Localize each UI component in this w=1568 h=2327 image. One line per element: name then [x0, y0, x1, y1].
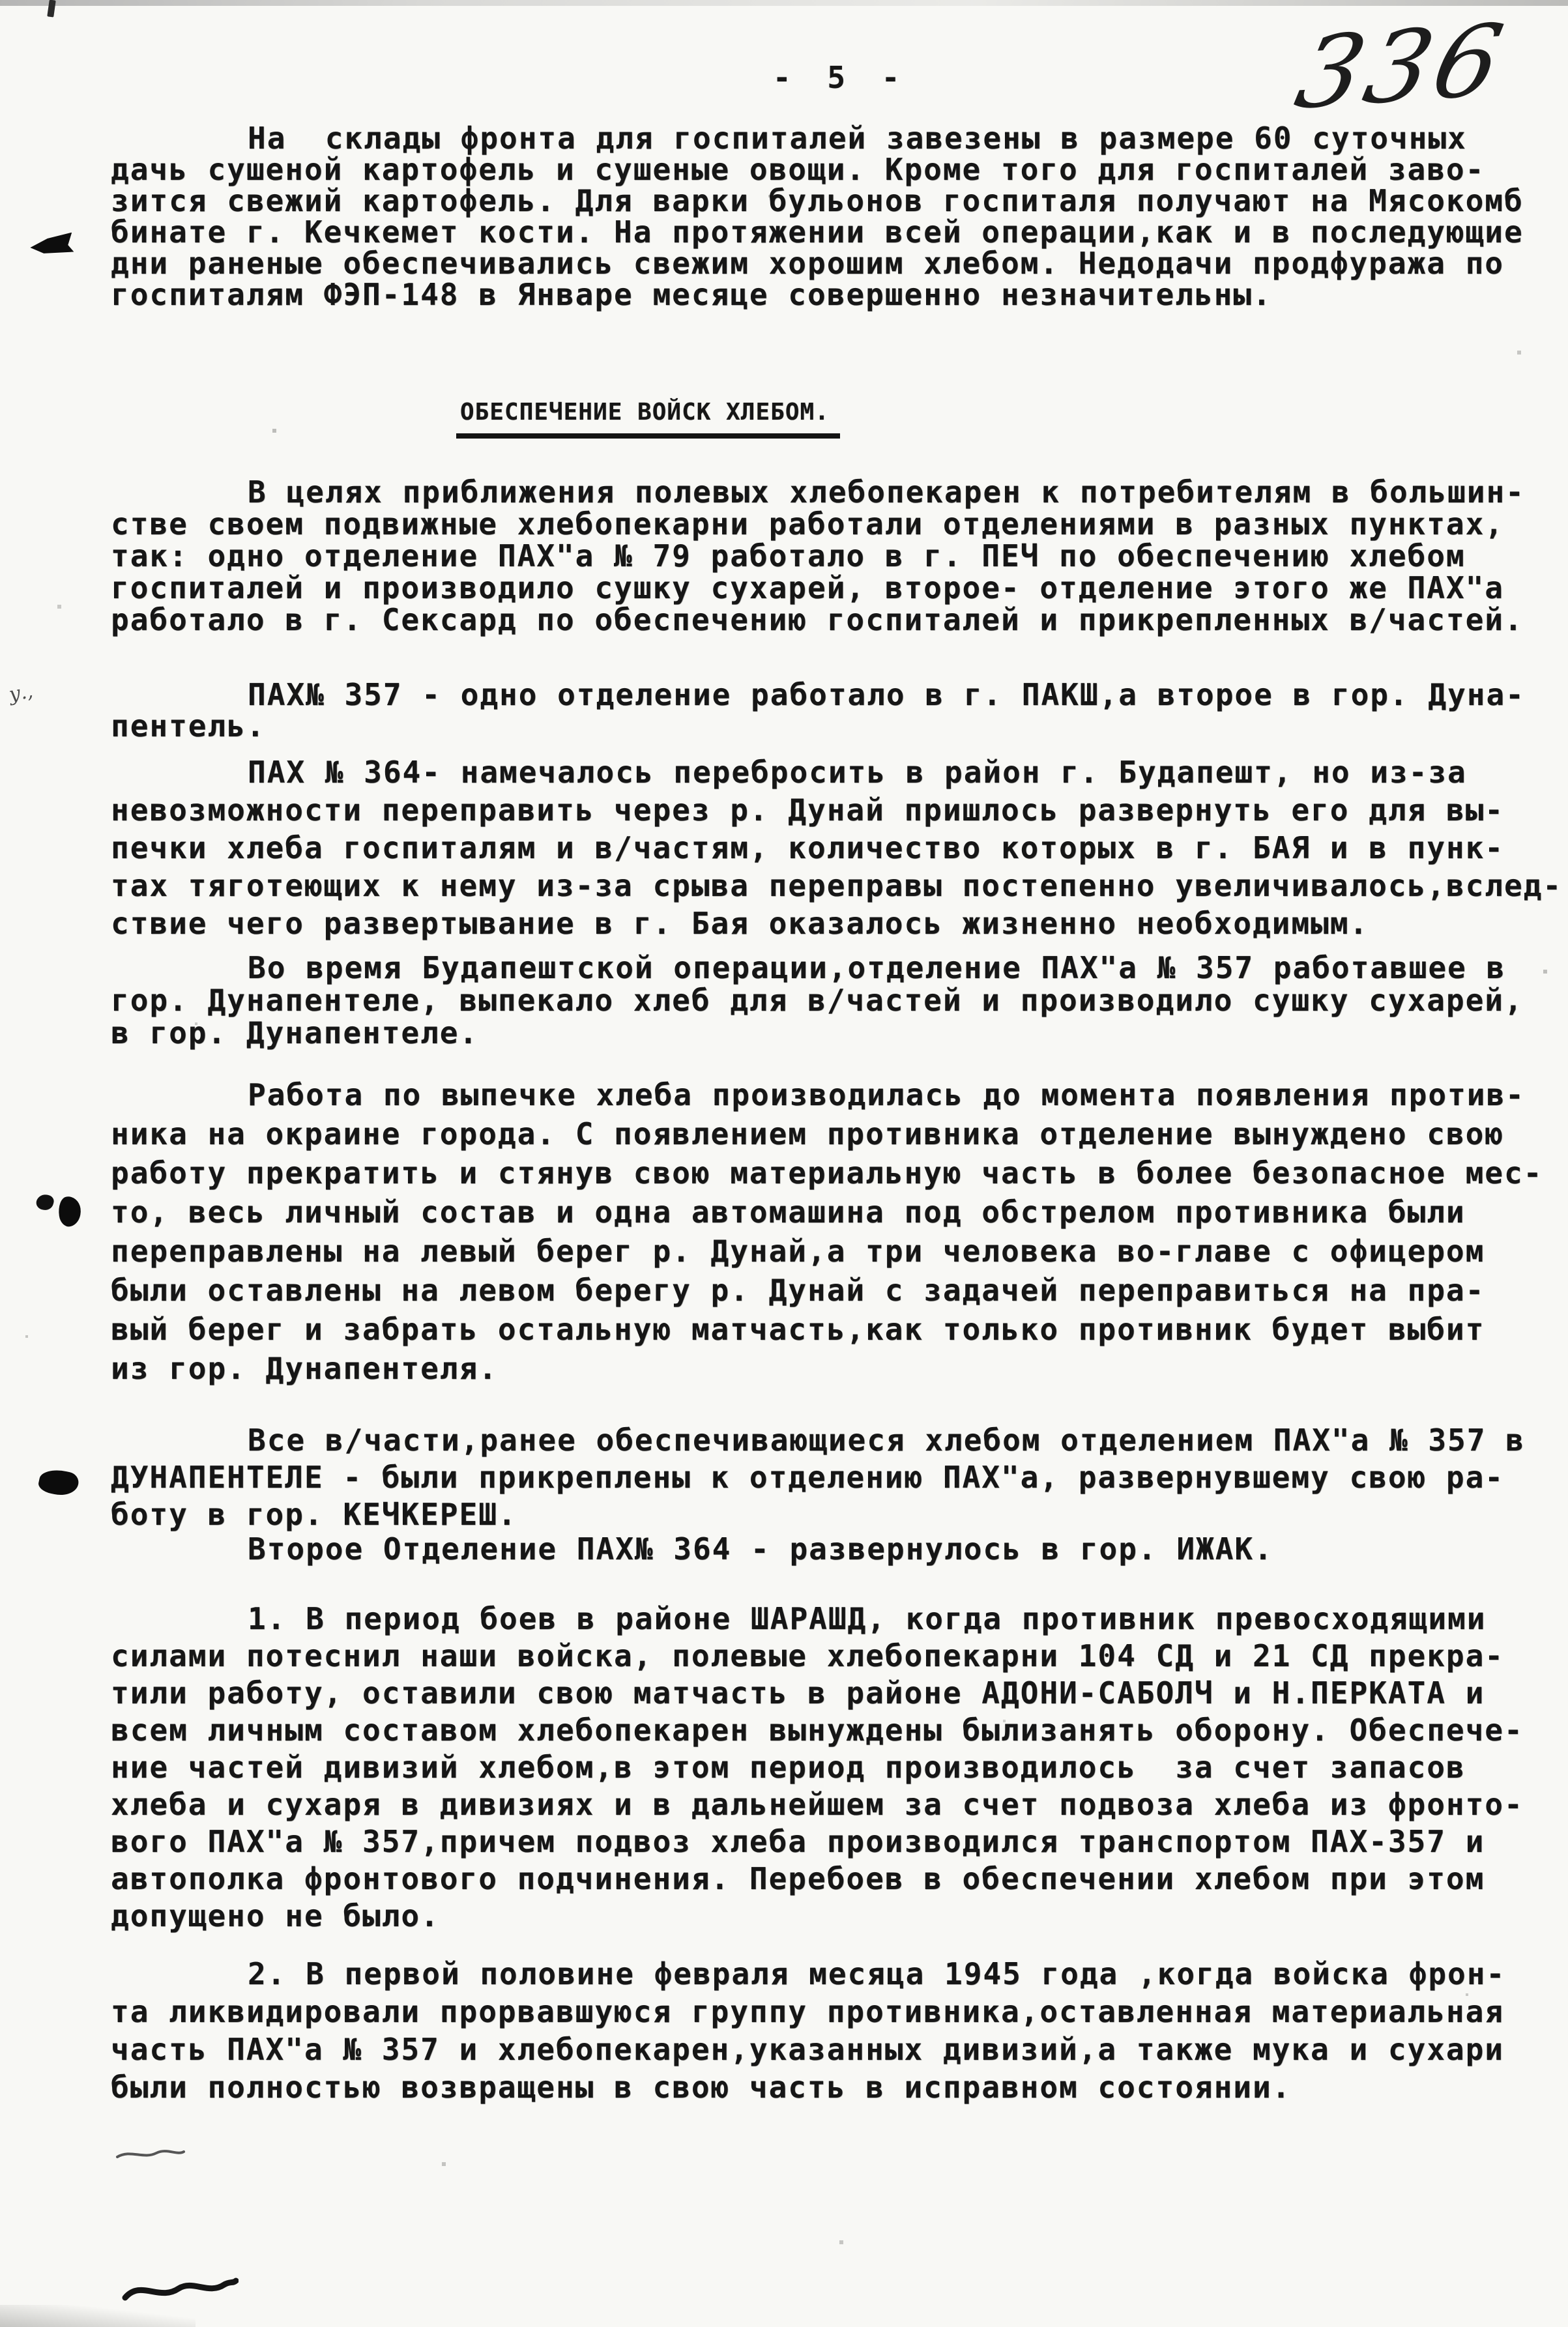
- paragraph-line: вого ПАХ"а № 357,причем подвоз хлеба про…: [111, 1823, 1568, 1860]
- paragraph-line: работу прекратить и стянув свою материал…: [111, 1153, 1568, 1192]
- handwritten-arrow-mark: [29, 233, 74, 257]
- paragraph-line: бинате г. Кечкемет кости. На протяжении …: [111, 216, 1568, 248]
- paragraph-line: ника на окраине города. С появлением про…: [111, 1114, 1568, 1153]
- paragraph-p8: Второе Отделение ПАХ№ 364 - развернулось…: [111, 1533, 1568, 1565]
- paragraph-line: силами потеснил наши войска, полевые хле…: [111, 1638, 1568, 1675]
- paragraph-line: боту в гор. КЕЧКЕРЕШ.: [111, 1496, 1568, 1533]
- paragraph-line: были оставлены на левом берегу р. Дунай …: [111, 1271, 1568, 1310]
- paragraph-p2: В целях приближения полевых хлебопекарен…: [111, 476, 1568, 636]
- ink-blot: [57, 1195, 83, 1228]
- scan-bottom-corner-shadow: [0, 2305, 196, 2327]
- paragraph-line: часть ПАХ"а № 357 и хлебопекарен,указанн…: [111, 2031, 1568, 2068]
- paragraph-line: зится свежий картофель. Для варки бульон…: [111, 185, 1568, 216]
- paragraph-p7: Все в/части,ранее обеспечивающиеся хлебо…: [111, 1422, 1568, 1533]
- paragraph-p4: ПАХ № 364- намечалось перебросить в райо…: [111, 753, 1568, 942]
- paragraph-line: были полностью возвращены в свою часть в…: [111, 2068, 1568, 2106]
- paragraph-line: всем личным составом хлебопекарен вынужд…: [111, 1712, 1568, 1749]
- paragraph-line: допущено не было.: [111, 1898, 1568, 1935]
- section-heading: ОБЕСПЕЧЕНИЕ ВОЙСК ХЛЕБОМ.: [456, 399, 840, 439]
- paragraph-p5: Во время Будапештской операции,отделение…: [111, 951, 1568, 1049]
- ink-blot: [37, 1466, 81, 1499]
- scan-noise-speckles: [0, 0, 1, 1]
- paragraph-line: 2. В первой половине февраля месяца 1945…: [111, 1955, 1568, 1993]
- paragraph-p3: ПАХ№ 357 - одно отделение работало в г. …: [111, 679, 1568, 742]
- paragraph-line: дни раненые обеспечивались свежим хороши…: [111, 248, 1568, 279]
- handwritten-underline-mark: [115, 2145, 186, 2165]
- paragraph-line: печки хлеба госпиталям и в/частям, колич…: [111, 829, 1568, 867]
- paragraph-line: из гор. Дунапентеля.: [111, 1349, 1568, 1388]
- paragraph-p10: 2. В первой половине февраля месяца 1945…: [111, 1955, 1568, 2106]
- paragraph-line: ПАХ № 364- намечалось перебросить в райо…: [111, 753, 1568, 791]
- paragraph-line: 1. В период боев в районе ШАРАШД, когда …: [111, 1600, 1568, 1638]
- page-number: - 5 -: [773, 60, 908, 95]
- paragraph-p9: 1. В период боев в районе ШАРАШД, когда …: [111, 1600, 1568, 1935]
- paragraph-line: хлеба и сухаря в дивизиях и в дальнейшем…: [111, 1786, 1568, 1823]
- handwritten-page-number: 336: [1286, 2, 1516, 131]
- paragraph-line: гор. Дунапентеле, выпекало хлеб для в/ча…: [111, 984, 1568, 1017]
- paragraph-line: переправлены на левый берег р. Дунай,а т…: [111, 1232, 1568, 1271]
- ink-blot: [35, 1192, 55, 1212]
- paragraph-line: вый берег и забрать остальную матчасть,к…: [111, 1310, 1568, 1349]
- paragraph-p6: Работа по выпечке хлеба производилась до…: [111, 1075, 1568, 1388]
- paragraph-line: ДУНАПЕНТЕЛЕ - были прикреплены к отделен…: [111, 1459, 1568, 1496]
- paragraph-line: так: одно отделение ПАХ"а № 79 работало …: [111, 540, 1568, 572]
- paragraph-line: дачь сушеной картофель и сушеные овощи. …: [111, 154, 1568, 185]
- paragraph-line: работало в г. Сексард по обеспечению гос…: [111, 604, 1568, 636]
- paragraph-line: ние частей дивизий хлебом,в этом период …: [111, 1749, 1568, 1786]
- paragraph-line: ПАХ№ 357 - одно отделение работало в г. …: [111, 679, 1568, 710]
- paragraph-line: то, весь личный состав и одна автомашина…: [111, 1192, 1568, 1232]
- paragraph-line: госпиталей и производило сушку сухарей, …: [111, 572, 1568, 604]
- scanned-document-page: - 5 - 336 ОБЕСПЕЧЕНИЕ ВОЙСК ХЛЕБОМ. На с…: [0, 0, 1568, 2327]
- paragraph-line: стве своем подвижные хлебопекарни работа…: [111, 508, 1568, 540]
- paragraph-line: Второе Отделение ПАХ№ 364 - развернулось…: [111, 1533, 1568, 1565]
- paragraph-line: та ликвидировали прорвавшуюся группу про…: [111, 1993, 1568, 2031]
- paragraph-p1: На склады фронта для госпиталей завезены…: [111, 123, 1568, 310]
- handwritten-margin-note: у.,: [7, 680, 35, 706]
- paragraph-line: пентель.: [111, 710, 1568, 742]
- paragraph-line: Во время Будапештской операции,отделение…: [111, 951, 1568, 984]
- paragraph-line: в гор. Дунапентеле.: [111, 1017, 1568, 1049]
- scan-top-edge: [0, 0, 1568, 6]
- paragraph-line: тах тяготеющих к нему из-за срыва перепр…: [111, 867, 1568, 904]
- paragraph-line: невозможности переправить через р. Дунай…: [111, 791, 1568, 829]
- paragraph-line: автополка фронтового подчинения. Перебое…: [111, 1860, 1568, 1898]
- paragraph-line: На склады фронта для госпиталей завезены…: [111, 123, 1568, 154]
- paragraph-line: В целях приближения полевых хлебопекарен…: [111, 476, 1568, 508]
- paragraph-line: госпиталям ФЭП-148 в Январе месяце совер…: [111, 279, 1568, 310]
- ink-tick-mark: [47, 0, 56, 18]
- paragraph-line: Работа по выпечке хлеба производилась до…: [111, 1075, 1568, 1114]
- paragraph-line: Все в/части,ранее обеспечивающиеся хлебо…: [111, 1422, 1568, 1459]
- paragraph-line: тили работу, оставили свою матчасть в ра…: [111, 1675, 1568, 1712]
- paragraph-line: ствие чего развертывание в г. Бая оказал…: [111, 904, 1568, 942]
